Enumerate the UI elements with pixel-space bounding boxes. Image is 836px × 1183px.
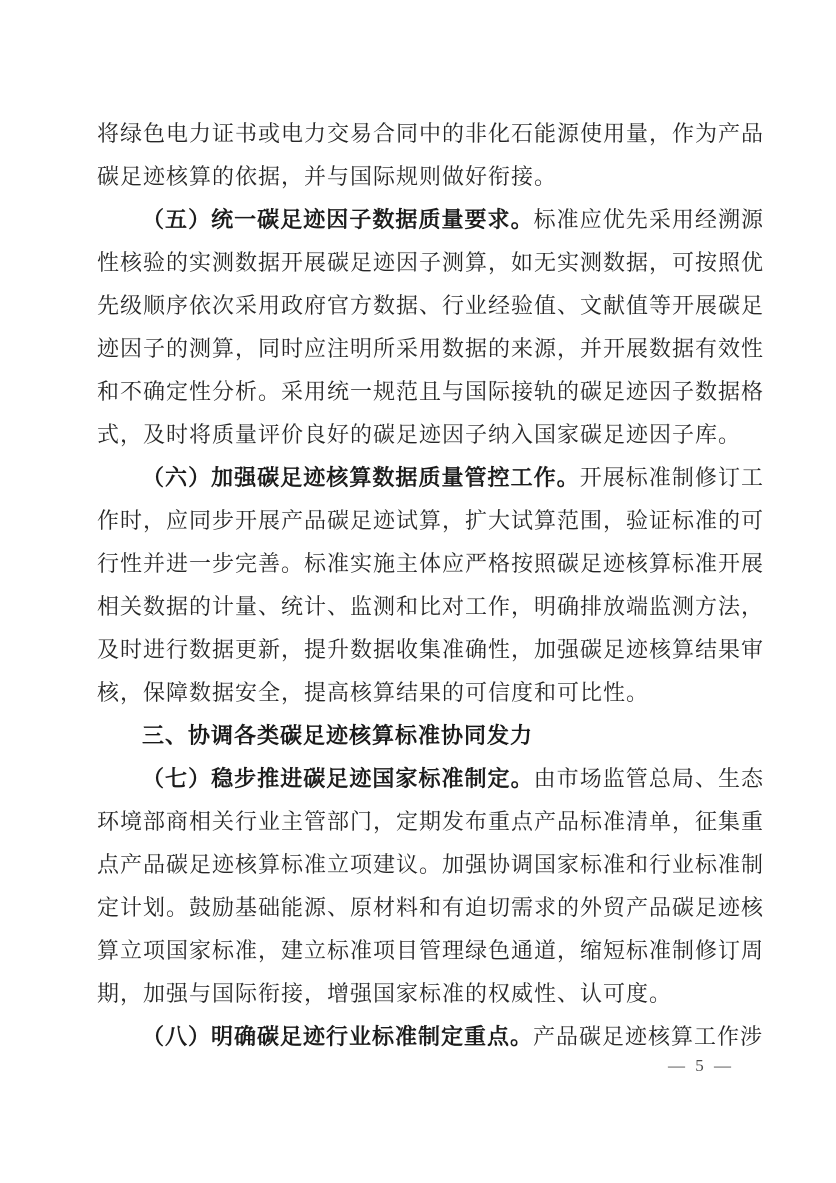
paragraph-text: 标准应优先采用经溯源性核验的实测数据开展碳足迹因子测算，如无实测数据，可按照优先… bbox=[97, 207, 764, 447]
paragraph-item-6: （六）加强碳足迹核算数据质量管控工作。开展标准制修订工作时，应同步开展产品碳足迹… bbox=[97, 456, 764, 714]
section-heading: 三、协调各类碳足迹核算标准协同发力 bbox=[97, 714, 764, 757]
paragraph-item-7: （七）稳步推进碳足迹国家标准制定。由市场监管总局、生态环境部商相关行业主管部门，… bbox=[97, 757, 764, 1015]
page-content: 将绿色电力证书或电力交易合同中的非化石能源使用量，作为产品碳足迹核算的依据，并与… bbox=[97, 112, 764, 1058]
paragraph-text: 开展标准制修订工作时，应同步开展产品碳足迹试算，扩大试算范围，验证标准的可行性并… bbox=[97, 465, 764, 705]
paragraph-text: 将绿色电力证书或电力交易合同中的非化石能源使用量，作为产品碳足迹核算的依据，并与… bbox=[97, 121, 764, 189]
paragraph-text: 由市场监管总局、生态环境部商相关行业主管部门，定期发布重点产品标准清单，征集重点… bbox=[97, 766, 764, 1006]
paragraph-text: 产品碳足迹核算工作涉 bbox=[533, 1024, 763, 1049]
page-number: — 5 — bbox=[668, 1054, 734, 1078]
page-number-text: — 5 — bbox=[668, 1056, 734, 1075]
paragraph-lead: （五）统一碳足迹因子数据质量要求。 bbox=[142, 207, 534, 232]
paragraph-item-5: （五）统一碳足迹因子数据质量要求。标准应优先采用经溯源性核验的实测数据开展碳足迹… bbox=[97, 198, 764, 456]
paragraph-lead: （八）明确碳足迹行业标准制定重点。 bbox=[142, 1024, 533, 1049]
paragraph-item-8: （八）明确碳足迹行业标准制定重点。产品碳足迹核算工作涉 bbox=[97, 1015, 764, 1058]
paragraph-continuation: 将绿色电力证书或电力交易合同中的非化石能源使用量，作为产品碳足迹核算的依据，并与… bbox=[97, 112, 764, 198]
paragraph-lead: （七）稳步推进碳足迹国家标准制定。 bbox=[142, 766, 534, 791]
document-page: 将绿色电力证书或电力交易合同中的非化石能源使用量，作为产品碳足迹核算的依据，并与… bbox=[0, 0, 836, 1183]
paragraph-lead: （六）加强碳足迹核算数据质量管控工作。 bbox=[142, 465, 580, 490]
